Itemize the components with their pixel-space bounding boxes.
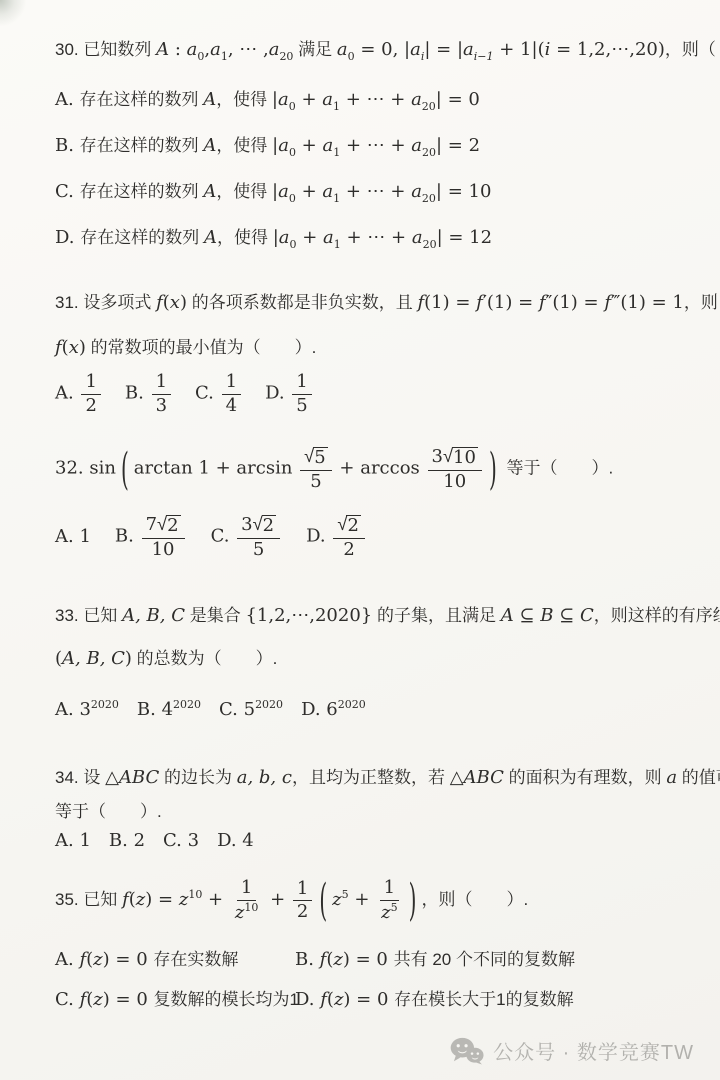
- math-token: 2: [343, 539, 354, 560]
- fraction-numerator: 1: [152, 372, 171, 395]
- math-token: C.: [211, 526, 236, 547]
- math-token: f: [156, 292, 163, 313]
- math-token: 1: [221, 50, 228, 63]
- sqrt: √5: [304, 446, 328, 469]
- question-32-option-a: A. 1: [55, 525, 91, 549]
- math-token: + arccos: [334, 458, 426, 479]
- math-token: 5: [342, 888, 349, 901]
- math-token: 31. 设多项式: [55, 293, 156, 312]
- math-token: (: [163, 292, 170, 313]
- math-token: A: [204, 227, 217, 248]
- math-token: 存在这样的数列: [80, 182, 204, 201]
- sqrt: √2: [157, 514, 181, 537]
- math-token: 1: [384, 877, 395, 898]
- math-token: 的总数为（ ）.: [132, 649, 277, 668]
- math-token: D.: [306, 526, 331, 547]
- math-token: ⊆: [514, 605, 541, 626]
- question-32-option-b: B. 7√210: [115, 514, 187, 560]
- math-token: + ⋯ +: [340, 181, 411, 202]
- math-token: D. 4: [217, 830, 254, 851]
- fraction-numerator: √5: [300, 446, 332, 471]
- math-token: 20: [422, 100, 436, 113]
- fraction-numerator: 1: [380, 878, 399, 901]
- math-token: D.: [265, 383, 290, 404]
- question-35-option-c: C. f(z) = 0 复数解的模长均为1: [55, 988, 295, 1012]
- math-token: ) = 0: [103, 949, 154, 970]
- math-token: A: [203, 135, 216, 156]
- question-33-option-c: C. 52020: [219, 698, 283, 722]
- question-31-options: A. 12 B. 13 C. 14 D. 15: [55, 372, 314, 416]
- math-token: +: [296, 89, 323, 110]
- math-token: ，则（ ）.: [665, 40, 720, 59]
- fraction: 3√1010: [428, 446, 482, 492]
- question-32-options: A. 1 B. 7√210 C. 3√25 D. √22: [55, 514, 367, 560]
- math-token: f: [122, 889, 129, 910]
- math-token: 4: [226, 395, 237, 416]
- math-token: 共有 20 个不同的复数解: [394, 950, 575, 969]
- math-token: | = |: [424, 39, 463, 60]
- question-30-stem: 30. 已知数列 A : a0,a1, ⋯ ,a20 满足 a0 = 0, |a…: [55, 38, 720, 65]
- math-token: 复数解的模长均为1: [154, 990, 299, 1009]
- question-35-options-row-1: A. f(z) = 0 存在实数解 B. f(z) = 0 共有 20 个不同的…: [55, 948, 575, 972]
- fraction: 12: [81, 372, 100, 416]
- math-token: a, b, c: [237, 767, 292, 788]
- math-token: +: [349, 889, 376, 910]
- math-token: △: [105, 767, 119, 788]
- fraction-denominator: 10: [439, 471, 470, 493]
- math-token: B. 4: [137, 699, 173, 720]
- math-token: ⊆: [553, 605, 580, 626]
- math-token: z: [235, 902, 244, 923]
- fraction-numerator: 1: [81, 372, 100, 395]
- math-token: 20: [422, 146, 436, 159]
- math-token: f: [476, 292, 483, 313]
- question-30-option-b: B. 存在这样的数列 A，使得 |a0 + a1 + ⋯ + a20| = 2: [55, 134, 480, 161]
- math-token: 的面积为有理数，则: [504, 768, 666, 787]
- math-token: ABC: [119, 767, 159, 788]
- fraction-numerator: 7√2: [142, 514, 185, 539]
- math-token: ): [79, 337, 86, 358]
- question-30-option-a: A. 存在这样的数列 A，使得 |a0 + a1 + ⋯ + a20| = 0: [55, 88, 480, 115]
- math-token: arctan 1 + arcsin: [134, 458, 298, 479]
- math-token: A, B, C: [62, 648, 125, 669]
- math-token: | = 2: [436, 135, 480, 156]
- math-token: 2: [297, 901, 308, 922]
- math-token: C.: [55, 181, 80, 202]
- fraction: √55: [300, 446, 332, 492]
- math-token: 的子集，且满足: [372, 606, 500, 625]
- math-token: 的边长为: [159, 768, 236, 787]
- math-token: C. 5: [219, 699, 255, 720]
- math-token: a: [210, 39, 221, 60]
- math-token: a: [463, 39, 474, 60]
- math-token: ″(1) =: [546, 292, 605, 313]
- math-token: 2: [263, 515, 274, 536]
- fraction-denominator: 3: [152, 395, 171, 417]
- question-34-option-d: D. 4: [217, 829, 254, 853]
- math-token: 5: [296, 395, 307, 416]
- math-token: (: [327, 989, 334, 1010]
- math-token: B.: [295, 949, 320, 970]
- wechat-watermark: 公众号 · 数学竞赛TW: [450, 1036, 694, 1065]
- math-token: A: [501, 605, 514, 626]
- question-34-options: A. 1 B. 2 C. 3 D. 4: [55, 829, 254, 853]
- question-32-option-c: C. 3√25: [211, 514, 283, 560]
- fraction-numerator: √2: [333, 514, 365, 539]
- fraction: 15: [292, 372, 311, 416]
- math-token: x: [69, 337, 79, 358]
- math-token: 2: [347, 515, 358, 536]
- exam-document-page: 30. 已知数列 A : a0,a1, ⋯ ,a20 满足 a0 = 0, |a…: [0, 0, 720, 1080]
- math-token: a: [269, 39, 280, 60]
- math-token: {1,2,⋯,2020}: [245, 605, 372, 626]
- math-token: 2020: [255, 698, 283, 711]
- math-token: a: [411, 181, 422, 202]
- big-paren: (: [319, 871, 327, 930]
- math-token: a: [337, 39, 348, 60]
- math-token: 存在实数解: [153, 950, 238, 969]
- question-31-option-a: A. 12: [55, 372, 103, 416]
- math-token: 2: [167, 515, 178, 536]
- math-token: + ⋯ +: [340, 89, 411, 110]
- math-token: 33. 已知: [55, 606, 122, 625]
- math-token: z: [333, 949, 342, 970]
- math-token: 5: [391, 901, 398, 914]
- fraction-denominator: 10: [148, 539, 179, 561]
- fraction-denominator: 5: [292, 395, 311, 417]
- math-token: ，使得: [216, 90, 272, 109]
- fraction-denominator: 5: [249, 539, 268, 561]
- math-token: a: [411, 135, 422, 156]
- math-token: a: [322, 135, 333, 156]
- math-token: 3: [156, 395, 167, 416]
- math-token: z: [332, 889, 341, 910]
- math-token: A. 3: [55, 699, 91, 720]
- math-token: 20: [423, 238, 437, 251]
- fraction-denominator: 5: [306, 471, 325, 493]
- math-token: 1: [334, 238, 341, 251]
- fraction-denominator: 2: [293, 901, 312, 923]
- math-token: a: [278, 135, 289, 156]
- math-token: D.: [295, 989, 320, 1010]
- math-token: 0: [348, 50, 355, 63]
- fraction: 12: [293, 879, 312, 923]
- math-token: z: [179, 889, 188, 910]
- math-token: a: [278, 181, 289, 202]
- math-token: (: [55, 648, 62, 669]
- question-30-option-c: C. 存在这样的数列 A，使得 |a0 + a1 + ⋯ + a20| = 10: [55, 180, 491, 207]
- math-token: 存在这样的数列: [79, 90, 203, 109]
- fraction-denominator: 4: [222, 395, 241, 417]
- math-token: ，使得: [217, 228, 273, 247]
- fraction: 14: [222, 372, 241, 416]
- math-token: 的常数项的最小值为（ ）.: [86, 338, 316, 357]
- math-token: 2020: [338, 698, 366, 711]
- math-token: ′(1) =: [483, 292, 539, 313]
- math-token: 1: [226, 371, 237, 392]
- math-token: B.: [115, 526, 140, 547]
- math-token: (: [538, 39, 545, 60]
- math-token: A. 1: [55, 526, 91, 547]
- question-34-option-a: A. 1: [55, 829, 91, 853]
- math-token: ，则: [684, 293, 718, 312]
- question-34-stem-line-1: 34. 设 △ABC 的边长为 a, b, c，且均为正整数，若 △ABC 的面…: [55, 766, 720, 790]
- math-token: 0: [289, 146, 296, 159]
- big-paren: ): [409, 871, 417, 930]
- math-token: 1: [85, 371, 96, 392]
- fraction-numerator: 3√2: [237, 514, 280, 539]
- radicand: 2: [262, 515, 276, 537]
- question-35-stem: 35. 已知 f(z) = z10 + 1z10 + 12(z5 + 1z5)，…: [55, 878, 528, 923]
- math-token: +: [297, 227, 324, 248]
- math-token: (: [62, 337, 69, 358]
- math-token: 存在模长大于1的复数解: [394, 990, 573, 1009]
- math-token: 20: [279, 50, 293, 63]
- math-token: a: [322, 181, 333, 202]
- math-token: ): [125, 648, 132, 669]
- math-token: 32. sin: [55, 458, 116, 479]
- math-token: ，且均为正整数，若: [292, 768, 450, 787]
- fraction: 7√210: [142, 514, 185, 560]
- question-33-option-b: B. 42020: [137, 698, 201, 722]
- math-token: 2020: [91, 698, 119, 711]
- math-token: ) =: [145, 889, 179, 910]
- fraction-numerator: 3√10: [428, 446, 482, 471]
- math-token: 1: [156, 371, 167, 392]
- math-token: +: [296, 181, 323, 202]
- math-token: ) = 0: [103, 989, 154, 1010]
- math-token: 满足: [293, 40, 336, 59]
- math-token: 1: [297, 878, 308, 899]
- math-token: 3: [241, 514, 252, 535]
- math-token: (1) =: [424, 292, 476, 313]
- fraction-denominator: z10: [231, 901, 262, 924]
- math-token: B.: [55, 135, 80, 156]
- math-token: + ⋯ +: [340, 135, 411, 156]
- radicand: 2: [346, 515, 360, 537]
- math-token: a: [666, 767, 677, 788]
- wechat-icon: [450, 1037, 484, 1065]
- math-token: f: [604, 292, 611, 313]
- math-token: | = 12: [437, 227, 493, 248]
- question-31-option-c: C. 14: [195, 372, 243, 416]
- fraction-denominator: 2: [339, 539, 358, 561]
- math-token: +: [296, 135, 323, 156]
- math-token: 存在这样的数列: [80, 136, 204, 155]
- math-token: | = 0: [436, 89, 480, 110]
- math-token: = 0,: [355, 39, 404, 60]
- math-token: z: [381, 902, 390, 923]
- fraction: 1z10: [231, 878, 262, 923]
- math-token: △: [450, 767, 464, 788]
- math-token: ): [180, 292, 187, 313]
- fraction: 3√25: [237, 514, 280, 560]
- math-token: a: [322, 89, 333, 110]
- math-token: A. 1: [55, 830, 91, 851]
- question-32-option-d: D. √22: [306, 514, 367, 560]
- math-token: 0: [290, 238, 297, 251]
- math-token: 3: [432, 446, 443, 467]
- math-token: A.: [55, 383, 79, 404]
- math-token: 0: [289, 192, 296, 205]
- fraction-denominator: 2: [81, 395, 100, 417]
- question-33-option-a: A. 32020: [55, 698, 119, 722]
- math-token: a: [323, 227, 334, 248]
- math-token: 0: [289, 100, 296, 113]
- math-token: , ⋯ ,: [228, 39, 269, 60]
- question-33-options: A. 32020 B. 42020 C. 52020 D. 62020: [55, 698, 366, 722]
- math-token: ) = 0: [343, 989, 394, 1010]
- question-31-stem-line-2: f(x) 的常数项的最小值为（ ）.: [55, 336, 316, 360]
- fraction-denominator: z5: [377, 901, 401, 924]
- math-token: A: [203, 181, 216, 202]
- math-token: C. 3: [163, 830, 199, 851]
- big-paren: ): [489, 439, 497, 498]
- math-token: a: [279, 227, 290, 248]
- math-token: f: [320, 989, 327, 1010]
- math-token: z: [93, 989, 102, 1010]
- math-token: 的值可以: [677, 768, 720, 787]
- fraction-numerator: 1: [237, 878, 256, 901]
- question-34-option-c: C. 3: [163, 829, 199, 853]
- question-30-option-d: D. 存在这样的数列 A，使得 |a0 + a1 + ⋯ + a20| = 12: [55, 226, 492, 253]
- math-token: A.: [55, 949, 79, 970]
- math-token: 5: [314, 447, 325, 468]
- math-token: ，则（ ）.: [421, 890, 528, 909]
- math-token: ，使得: [216, 136, 272, 155]
- math-token: z: [93, 949, 102, 970]
- math-token: +: [202, 889, 229, 910]
- math-token: f: [55, 337, 62, 358]
- math-token: D.: [55, 227, 80, 248]
- fraction-numerator: 1: [292, 372, 311, 395]
- question-34-option-b: B. 2: [109, 829, 145, 853]
- math-token: a: [412, 227, 423, 248]
- math-token: 20: [422, 192, 436, 205]
- math-token: 等于（ ）.: [502, 459, 613, 478]
- math-token: A: [203, 89, 216, 110]
- math-token: 5: [310, 471, 321, 492]
- radicand: 2: [166, 515, 180, 537]
- math-token: C.: [195, 383, 220, 404]
- question-35-option-d: D. f(z) = 0 存在模长大于1的复数解: [295, 988, 574, 1012]
- math-token: 30. 已知数列: [55, 40, 156, 59]
- sqrt: √2: [337, 514, 361, 537]
- math-token: ‴(1) = 1: [611, 292, 684, 313]
- math-token: x: [170, 292, 180, 313]
- question-33-option-d: D. 62020: [301, 698, 366, 722]
- math-token: ) = 0: [343, 949, 394, 970]
- math-token: ABC: [464, 767, 504, 788]
- math-token: A, B, C: [122, 605, 185, 626]
- math-token: A: [156, 39, 169, 60]
- math-token: 10: [152, 539, 175, 560]
- question-35-option-b: B. f(z) = 0 共有 20 个不同的复数解: [295, 948, 575, 972]
- question-33-stem-line-1: 33. 已知 A, B, C 是集合 {1,2,⋯,2020} 的子集，且满足 …: [55, 604, 720, 628]
- math-token: 10: [453, 447, 476, 468]
- math-token: a: [278, 89, 289, 110]
- math-token: 5: [253, 539, 264, 560]
- math-token: A.: [55, 89, 79, 110]
- math-token: z: [136, 889, 145, 910]
- math-token: = 1,2,⋯,20): [550, 39, 665, 60]
- question-31-option-b: B. 13: [125, 372, 173, 416]
- math-token: | = 10: [436, 181, 492, 202]
- math-token: +: [264, 889, 291, 910]
- math-token: 存在这样的数列: [80, 228, 204, 247]
- fraction: 13: [152, 372, 171, 416]
- math-token: a: [187, 39, 198, 60]
- math-token: C.: [55, 989, 80, 1010]
- math-token: C: [580, 605, 594, 626]
- math-token: (: [129, 889, 136, 910]
- math-token: ，则这样的有序组: [594, 606, 720, 625]
- math-token: a: [410, 39, 421, 60]
- wechat-watermark-label: 公众号 · 数学竞赛TW: [493, 1036, 694, 1065]
- math-token: a: [411, 89, 422, 110]
- math-token: 是集合: [185, 606, 245, 625]
- math-token: f: [539, 292, 546, 313]
- math-token: 1: [241, 877, 252, 898]
- math-token: z: [334, 989, 343, 1010]
- math-token: 10: [443, 471, 466, 492]
- math-token: i−1: [474, 50, 494, 63]
- sqrt: √2: [253, 514, 277, 537]
- big-paren: (: [121, 439, 129, 498]
- question-34-stem-line-2: 等于（ ）.: [55, 801, 162, 824]
- math-token: + ⋯ +: [341, 227, 412, 248]
- scan-corner-shadow: [0, 0, 26, 26]
- sqrt: √10: [443, 446, 478, 469]
- math-token: 35. 已知: [55, 890, 122, 909]
- math-token: 34. 设: [55, 768, 105, 787]
- question-35-option-a: A. f(z) = 0 存在实数解: [55, 948, 295, 972]
- math-token: 1: [296, 371, 307, 392]
- question-31-stem-line-1: 31. 设多项式 f(x) 的各项系数都是非负实数，且 f(1) = f′(1)…: [55, 291, 718, 315]
- question-33-stem-line-2: (A, B, C) 的总数为（ ）.: [55, 647, 277, 671]
- fraction-numerator: 1: [222, 372, 241, 395]
- question-31-option-d: D. 15: [265, 372, 314, 416]
- math-token: B. 2: [109, 830, 145, 851]
- math-token: 10: [188, 888, 202, 901]
- question-32-stem: 32. sin(arctan 1 + arcsin √55 + arccos 3…: [55, 446, 613, 492]
- radicand: 5: [313, 447, 327, 469]
- radicand: 10: [452, 447, 478, 469]
- math-token: 的各项系数都是非负实数，且: [187, 293, 417, 312]
- math-token: 7: [146, 514, 157, 535]
- fraction: √22: [333, 514, 365, 560]
- math-token: 等于（ ）.: [55, 802, 162, 821]
- math-token: :: [169, 39, 187, 60]
- math-token: 1: [333, 100, 340, 113]
- math-token: 10: [244, 901, 258, 914]
- math-token: D. 6: [301, 699, 338, 720]
- math-token: B.: [125, 383, 150, 404]
- fraction-numerator: 1: [293, 879, 312, 902]
- fraction: 1z5: [377, 878, 401, 923]
- math-token: 2020: [173, 698, 201, 711]
- math-token: 2: [85, 395, 96, 416]
- math-token: B: [540, 605, 553, 626]
- question-35-options-row-2: C. f(z) = 0 复数解的模长均为1 D. f(z) = 0 存在模长大于…: [55, 988, 574, 1012]
- math-token: + 1|: [494, 39, 538, 60]
- math-token: ，使得: [216, 182, 272, 201]
